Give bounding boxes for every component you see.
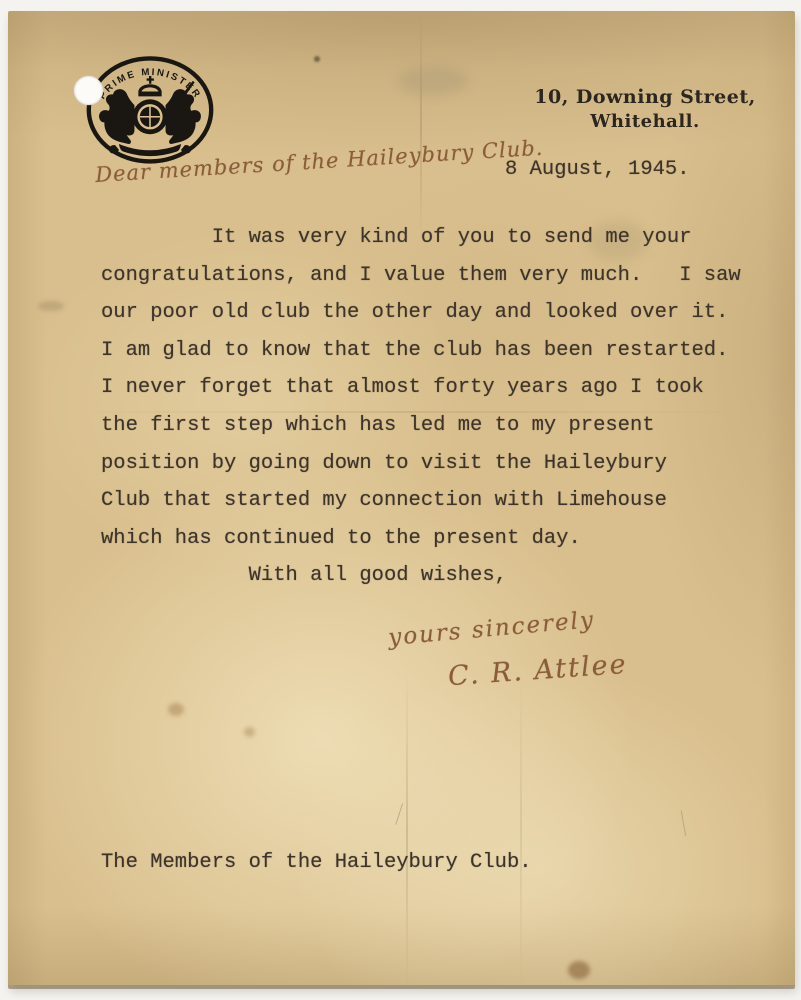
royal-coat-of-arms-icon: PRIME MINISTER (89, 58, 211, 161)
letterhead-city-line: Whitehall. (520, 111, 770, 132)
letter-body-line: which has continued to the present day. (101, 520, 761, 558)
paper-stain (568, 961, 590, 979)
prime-minister-crest: PRIME MINISTER (82, 50, 218, 168)
letter-photo: PRIME MINISTER (0, 0, 801, 1000)
letterhead: 10, Downing Street, Whitehall. (520, 86, 770, 132)
letter-body: It was very kind of you to send me your … (101, 219, 761, 595)
paper-crease (406, 671, 408, 991)
paper-crease (520, 671, 522, 991)
recipient-line: The Members of the Haileybury Club. (101, 851, 532, 874)
letter-body-line: It was very kind of you to send me your (101, 219, 761, 257)
paper-stain (168, 703, 184, 716)
paper-crease (420, 11, 422, 241)
paper-stain (244, 727, 255, 737)
paper-stain (38, 301, 64, 311)
letter-closing-line: With all good wishes, (101, 557, 761, 595)
letter-body-line: Club that started my connection with Lim… (101, 482, 761, 520)
letter-body-line: congratulations, and I value them very m… (101, 257, 761, 295)
letter-body-line: position by going down to visit the Hail… (101, 445, 761, 483)
letterhead-address-line: 10, Downing Street, (520, 86, 770, 108)
letter-date: 8 August, 1945. (505, 158, 690, 181)
letter-body-line: I never forget that almost forty years a… (101, 369, 761, 407)
letter-body-line: the first step which has led me to my pr… (101, 407, 761, 445)
paper-stain (314, 56, 320, 62)
letter-body-line: I am glad to know that the club has been… (101, 332, 761, 370)
punch-hole (74, 76, 103, 105)
pencil-mark (383, 799, 403, 824)
paper-stain (398, 66, 468, 96)
letter-body-line: our poor old club the other day and look… (101, 294, 761, 332)
pencil-mark (674, 811, 686, 838)
